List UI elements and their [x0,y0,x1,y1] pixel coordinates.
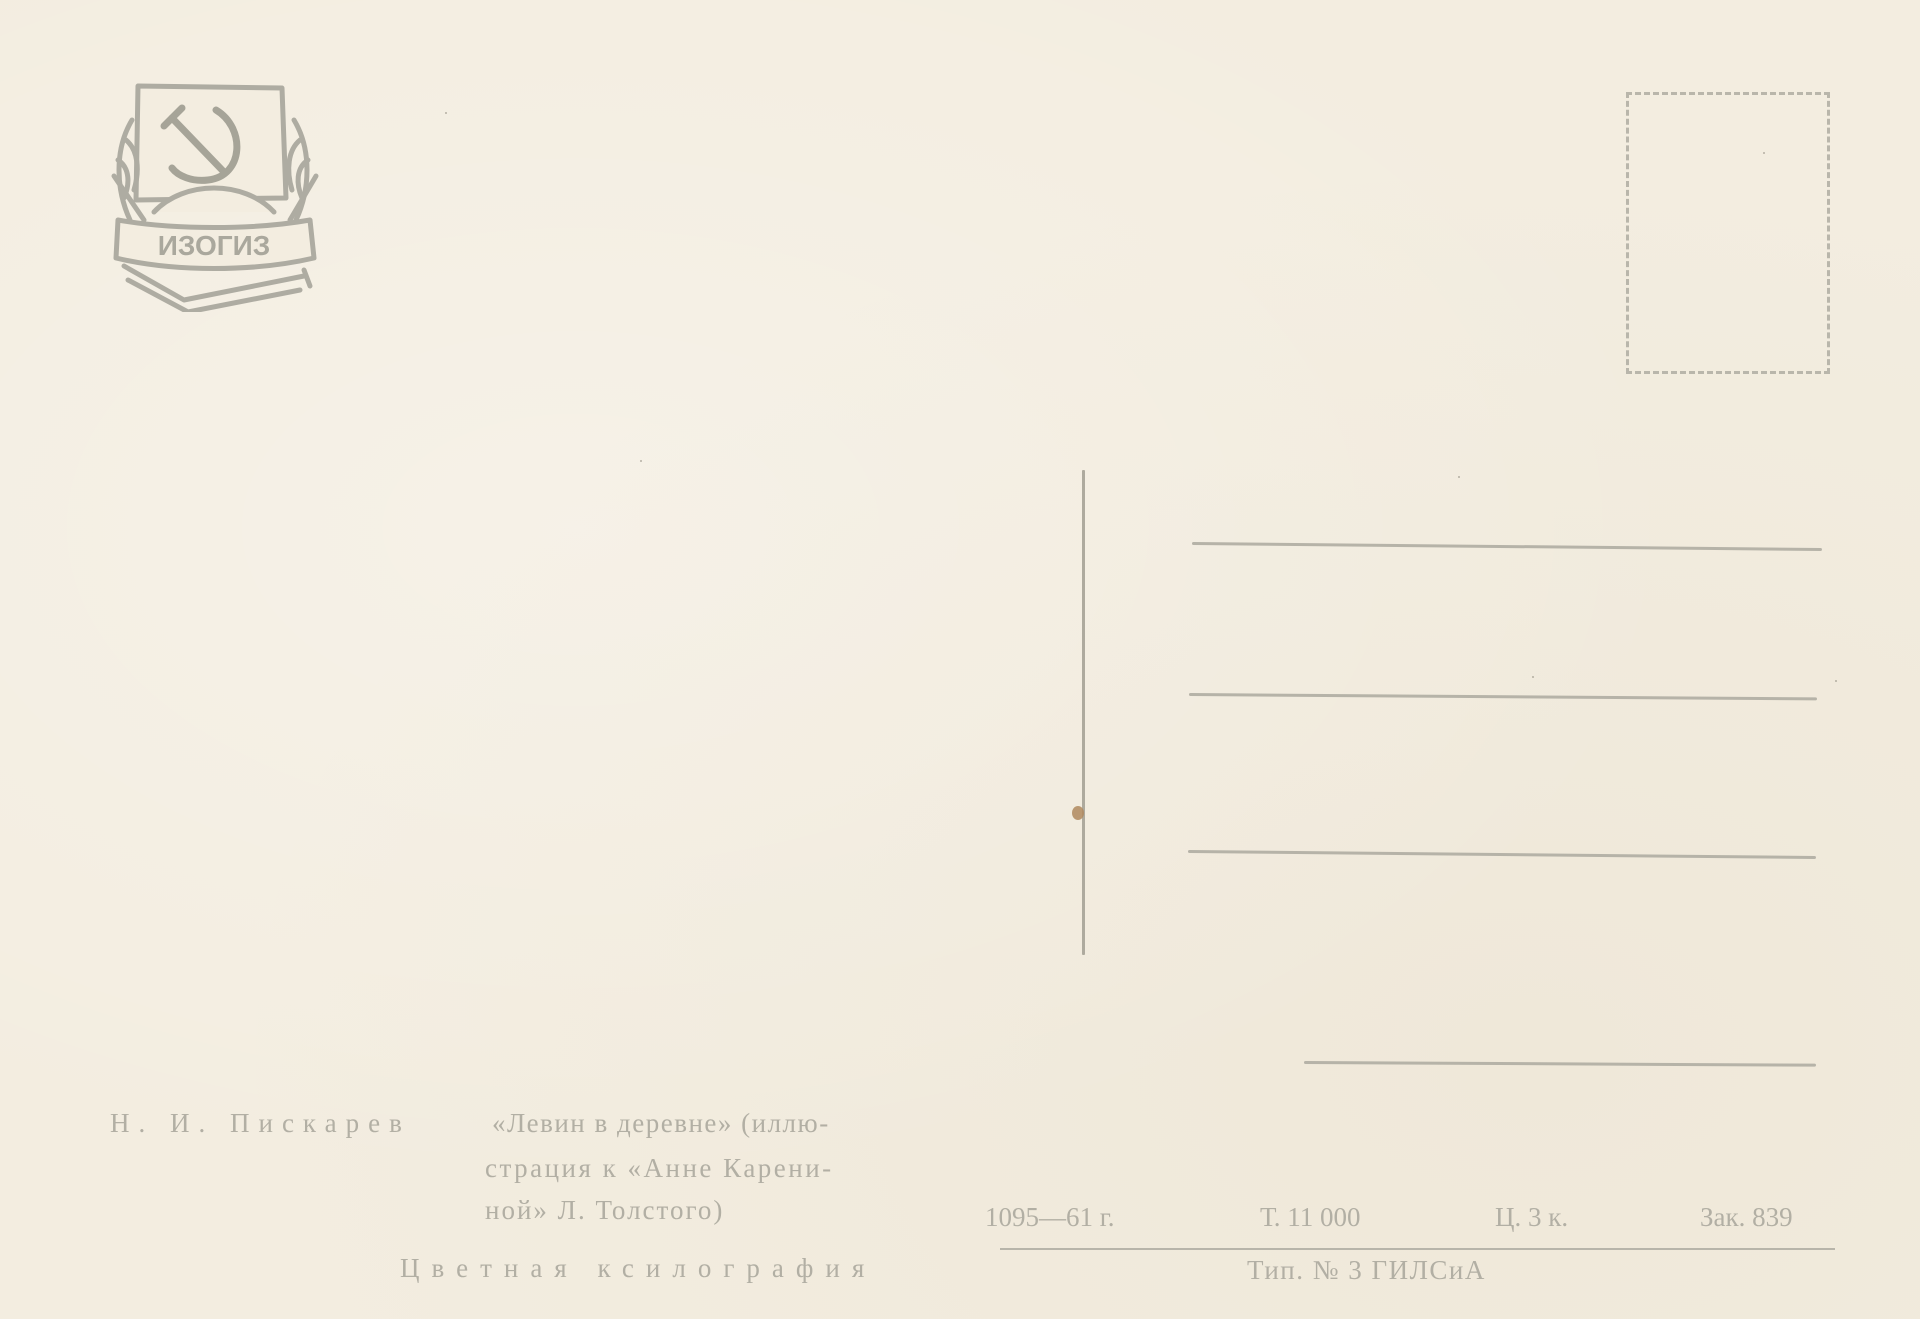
printer-name: Тип. № 3 ГИЛСиА [1247,1255,1486,1286]
caption-line2: страция к «Анне Карени- [485,1153,834,1184]
address-line-2[interactable] [1189,693,1817,700]
postcard-back: ИЗОГИЗ Н. И. Пискарев «Левин в деревне» … [0,0,1920,1319]
stamp-placeholder [1626,92,1830,374]
paper-speck [640,460,642,462]
vertical-divider [1082,470,1085,955]
print-info-rule [1000,1248,1835,1250]
address-line-3[interactable] [1188,850,1816,859]
paper-speck [1458,476,1460,478]
caption-line3: ной» Л. Толстого) [485,1195,724,1226]
print-info-row: 1095—61 г. Т. 11 000 Ц. 3 к. Зак. 839 [985,1202,1835,1236]
print-order: Зак. 839 [1700,1202,1793,1233]
caption-author: Н. И. Пискарев [110,1108,411,1139]
izogiz-logo-icon: ИЗОГИЗ [104,80,324,312]
caption-title-line1: «Левин в деревне» (иллю- [492,1108,830,1139]
caption-technique: Цветная ксилография [400,1253,876,1284]
print-code: 1095—61 г. [985,1202,1115,1233]
print-tirage: Т. 11 000 [1260,1202,1361,1233]
print-price: Ц. 3 к. [1495,1202,1568,1233]
paper-speck [1835,680,1837,682]
paper-stain [1072,806,1084,820]
logo-label: ИЗОГИЗ [158,230,271,261]
address-line-1[interactable] [1192,542,1822,551]
paper-speck [1532,676,1534,678]
paper-speck [445,112,447,114]
address-line-4[interactable] [1304,1061,1816,1067]
